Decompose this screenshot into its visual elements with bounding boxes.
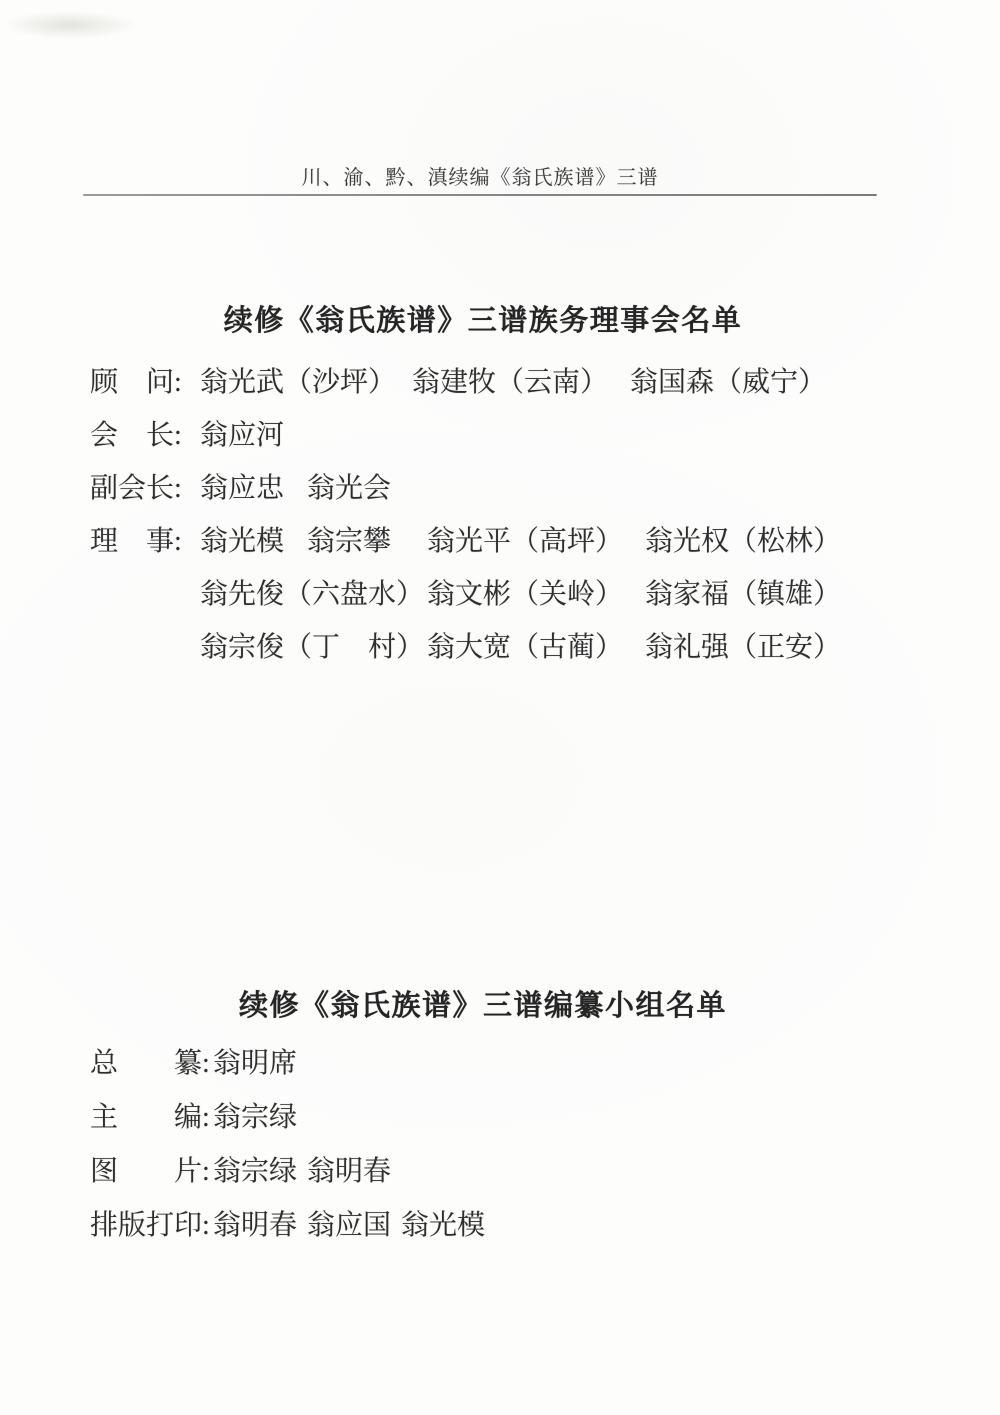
- role-label: 理 事:: [90, 519, 200, 559]
- member-name: 翁光平（高坪）: [427, 519, 645, 559]
- member-name: 翁家福（镇雄）: [645, 572, 841, 612]
- member-name: 翁建牧（云南）: [412, 360, 630, 400]
- member-name: 翁光模: [200, 519, 307, 559]
- member-name: 翁礼强（正安）: [645, 625, 841, 665]
- role-label: 主 编:: [90, 1095, 213, 1135]
- member-name: 翁应河: [200, 413, 284, 453]
- role-label: 顾 问:: [90, 360, 200, 400]
- member-name: 翁光权（松林）: [645, 519, 841, 559]
- member-name: 翁国森（威宁）: [630, 360, 826, 400]
- roster-row-directors-2: 翁先俊（六盘水） 翁文彬（关岭） 翁家福（镇雄）: [90, 565, 916, 618]
- council-title: 续修《翁氏族谱》三谱族务理事会名单: [90, 303, 876, 339]
- member-name: 翁明春: [213, 1203, 307, 1243]
- member-name: 翁光会: [307, 466, 391, 506]
- member-name: 翁光模: [401, 1203, 495, 1243]
- header-divider: [83, 194, 877, 196]
- member-name: 翁宗攀: [307, 519, 427, 559]
- member-name: 翁明春: [307, 1149, 401, 1189]
- member-name: 翁文彬（关岭）: [427, 572, 645, 612]
- member-name: 翁明席: [213, 1041, 307, 1081]
- page-header: 川、渝、黔、滇续编《翁氏族谱》三谱: [83, 166, 877, 190]
- editorial-team-title: 续修《翁氏族谱》三谱编纂小组名单: [90, 988, 876, 1024]
- roster-row-president: 会 长: 翁应河: [90, 406, 916, 459]
- member-name: 翁宗俊（丁 村）: [200, 625, 427, 665]
- council-roster-section: 续修《翁氏族谱》三谱族务理事会名单 顾 问: 翁光武（沙坪） 翁建牧（云南） 翁…: [90, 303, 916, 671]
- member-name: 翁光武（沙坪）: [200, 360, 412, 400]
- roster-row-advisors: 顾 问: 翁光武（沙坪） 翁建牧（云南） 翁国森（威宁）: [90, 353, 916, 406]
- roster-row-vice-presidents: 副会长: 翁应忠 翁光会: [90, 459, 916, 512]
- roster-row-directors-1: 理 事: 翁光模 翁宗攀 翁光平（高坪） 翁光权（松林）: [90, 512, 916, 565]
- member-name: 翁应忠: [200, 466, 307, 506]
- roster-row-typesetting: 排版打印: 翁明春 翁应国 翁光模: [90, 1196, 916, 1250]
- roster-row-chief-compiler: 总 纂: 翁明席: [90, 1034, 916, 1088]
- member-name: 翁大宽（古蔺）: [427, 625, 645, 665]
- scanned-document-page: 川、渝、黔、滇续编《翁氏族谱》三谱 续修《翁氏族谱》三谱族务理事会名单 顾 问:…: [0, 0, 1000, 1415]
- role-label: 副会长:: [90, 466, 200, 506]
- editorial-team-section: 续修《翁氏族谱》三谱编纂小组名单 总 纂: 翁明席 主 编: 翁宗绿 图 片: …: [90, 988, 916, 1250]
- role-label: 会 长:: [90, 413, 200, 453]
- member-name: 翁应国: [307, 1203, 401, 1243]
- member-name: 翁先俊（六盘水）: [200, 572, 427, 612]
- role-label: 图 片:: [90, 1149, 213, 1189]
- roster-row-chief-editor: 主 编: 翁宗绿: [90, 1088, 916, 1142]
- role-label: 总 纂:: [90, 1041, 213, 1081]
- member-name: 翁宗绿: [213, 1149, 307, 1189]
- role-label: 排版打印:: [90, 1203, 213, 1243]
- roster-row-photos: 图 片: 翁宗绿 翁明春: [90, 1142, 916, 1196]
- roster-row-directors-3: 翁宗俊（丁 村） 翁大宽（古蔺） 翁礼强（正安）: [90, 618, 916, 671]
- member-name: 翁宗绿: [213, 1095, 307, 1135]
